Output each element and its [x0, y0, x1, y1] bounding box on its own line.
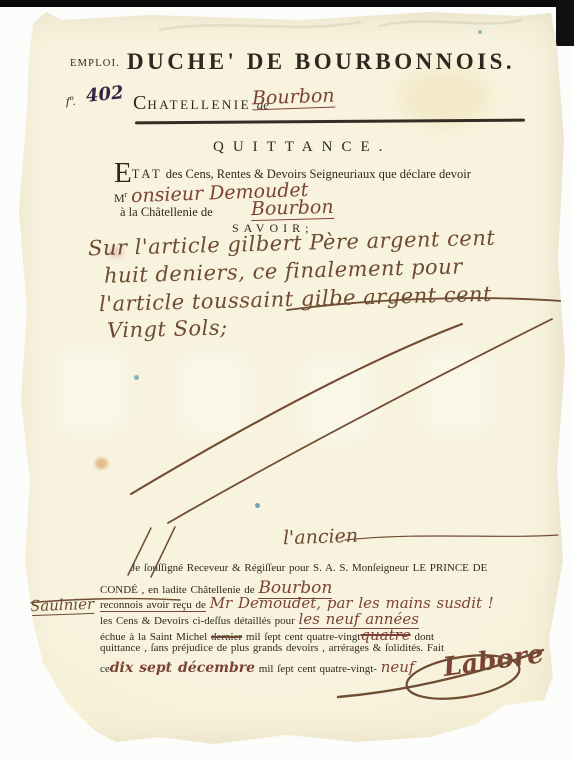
watermark-ghost — [55, 348, 127, 434]
etat-initial: E — [114, 157, 132, 189]
statement-line-3: l'article toussaint gilbe argent cent — [99, 282, 492, 316]
statement-line-2: huit deniers, ce finalement pour — [104, 254, 463, 287]
ancien-tail-stroke — [345, 535, 558, 540]
folio-number-handwritten: 402 — [85, 82, 125, 107]
watermark-ghost — [300, 356, 372, 442]
mr-sup: r — [125, 190, 128, 199]
monsieur-label: Mr — [114, 190, 127, 206]
chatellenie2-handwritten: Bourbon — [251, 196, 334, 221]
etat-caps: TAT — [132, 167, 163, 181]
bleedthrough-ghost-2 — [380, 20, 522, 26]
closing-line-6: quittance , ſans préjudice de plus grand… — [100, 642, 444, 654]
closing-line-7b: mil ſept cent quatre-vingt- — [259, 663, 377, 675]
mr-m: M — [114, 191, 125, 205]
header-rule — [135, 119, 525, 125]
chatellenie-name-handwritten: Bourbon — [252, 85, 335, 111]
ink-speck — [255, 503, 260, 508]
margin-note: Saulnier — [30, 595, 95, 616]
watermark-ghost — [178, 352, 250, 438]
paper-stain — [95, 458, 108, 469]
etat-text: des Cens, Rentes & Devoirs Seigneuriaux … — [166, 167, 471, 181]
ink-speck — [478, 30, 482, 34]
closing-line-7a: ce — [100, 663, 110, 675]
emploi-label: EMPLOI. — [70, 58, 120, 69]
quittance-title: QUITTANCE. — [213, 139, 391, 156]
closing-line-7: cedix sept décembre mil ſept cent quatre… — [100, 658, 414, 676]
chatellenie-caps: HATELLENIE — [147, 97, 251, 112]
chatellenie-initial: C — [133, 92, 147, 114]
folio-label: fº. — [66, 94, 76, 109]
bleedthrough-ghost-1 — [160, 22, 360, 30]
statement-line-4: Vingt Sols; — [107, 315, 228, 342]
closing-line-1: Je ſouſſigné Receveur & Régiſſeur pour S… — [131, 562, 487, 574]
document-title: DUCHE' DE BOURBONNOIS. — [127, 49, 515, 75]
scanner-strip-top — [0, 0, 574, 7]
paper-sheet: EMPLOI. DUCHE' DE BOURBONNOIS. fº. 402 C… — [0, 0, 574, 760]
ancien-annotation: l'ancien — [283, 525, 359, 550]
chatellenie-line: CHATELLENIE de — [133, 92, 269, 115]
signature: Labore — [441, 639, 545, 683]
scanner-strip-right — [556, 0, 574, 46]
chatellenie2-label: à la Châtellenie de — [120, 205, 213, 220]
closing-date-handwritten: dix sept décembre — [110, 660, 255, 676]
watermark-ghost — [420, 350, 492, 436]
closing-year-handwritten: neuf — [381, 658, 415, 676]
paper-stain — [400, 70, 490, 125]
ink-speck — [134, 375, 139, 380]
